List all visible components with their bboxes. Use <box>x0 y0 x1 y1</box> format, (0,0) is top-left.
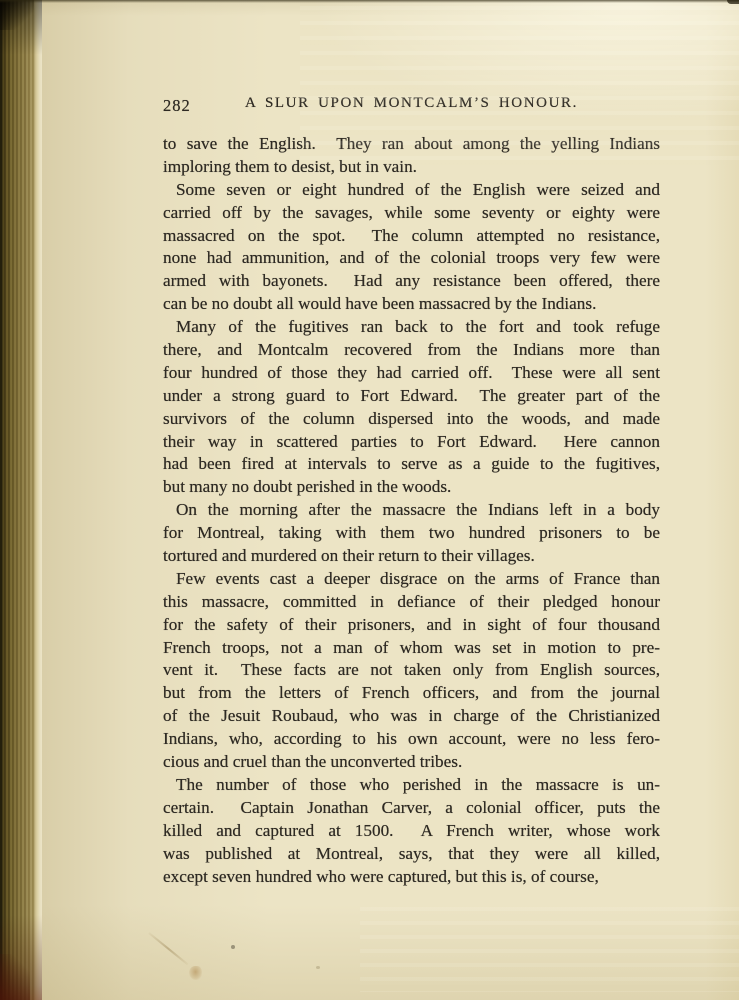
text-line: Few events cast a deeper disgrace on the… <box>163 568 660 591</box>
text-line: massacred on the spot. The column attemp… <box>163 225 660 248</box>
text-line: had been fired at intervals to serve as … <box>163 453 660 476</box>
text-line: cious and cruel than the unconverted tri… <box>163 751 660 774</box>
text-line: carried off by the savages, while some s… <box>163 202 660 225</box>
paper-speck <box>316 966 320 969</box>
top-right-edge-mark <box>727 0 739 4</box>
text-line: survivors of the column dispersed into t… <box>163 408 660 431</box>
text-line: was published at Montreal, says, that th… <box>163 843 660 866</box>
text-line: Indians, who, according to his own accou… <box>163 728 660 751</box>
paper-stain <box>189 966 202 980</box>
text-line: The number of those who perished in the … <box>163 774 660 797</box>
text-line: there, and Montcalm recovered from the I… <box>163 339 660 362</box>
text-line: this massacre, committed in defiance of … <box>163 591 660 614</box>
text-line: for Montreal, taking with them two hundr… <box>163 522 660 545</box>
top-edge-shadow <box>0 0 739 3</box>
scanned-book-page: 282 A SLUR UPON MONTCALM’S HONOUR. to sa… <box>0 0 739 1000</box>
text-line: can be no doubt all would have been mass… <box>163 293 660 316</box>
text-line: certain. Captain Jonathan Carver, a colo… <box>163 797 660 820</box>
text-line: killed and captured at 1500. A French wr… <box>163 820 660 843</box>
text-line: armed with bayonets. Had any resistance … <box>163 270 660 293</box>
text-line: vent it. These facts are not taken only … <box>163 659 660 682</box>
body-text: to save the English. They ran about amon… <box>163 133 660 888</box>
bottom-left-corner-shadow <box>0 954 30 1000</box>
text-line: under a strong guard to Fort Edward. The… <box>163 385 660 408</box>
paper-scratch <box>148 932 188 965</box>
text-line: but from the letters of French officers,… <box>163 682 660 705</box>
top-left-shadow <box>0 0 34 30</box>
text-line: none had ammunition, and of the colonial… <box>163 247 660 270</box>
scanner-streaks-bottom <box>360 907 739 992</box>
text-line: On the morning after the massacre the In… <box>163 499 660 522</box>
text-line: Some seven or eight hundred of the Engli… <box>163 179 660 202</box>
scanner-streaks-top <box>300 6 739 171</box>
page-number: 282 <box>163 96 191 116</box>
text-line: Many of the fugitives ran back to the fo… <box>163 316 660 339</box>
text-line: their way in scattered parties to Fort E… <box>163 431 660 454</box>
text-line: for the safety of their prisoners, and i… <box>163 614 660 637</box>
text-line: of the Jesuit Roubaud, who was in charge… <box>163 705 660 728</box>
book-page-edges <box>0 0 42 1000</box>
text-line: French troops, not a man of whom was set… <box>163 637 660 660</box>
paper-speck <box>231 945 235 949</box>
text-line: but many no doubt perished in the woods. <box>163 476 660 499</box>
text-line: except seven hundred who were captured, … <box>163 866 660 889</box>
text-line: tortured and murdered on their return to… <box>163 545 660 568</box>
text-line: four hundred of those they had carried o… <box>163 362 660 385</box>
